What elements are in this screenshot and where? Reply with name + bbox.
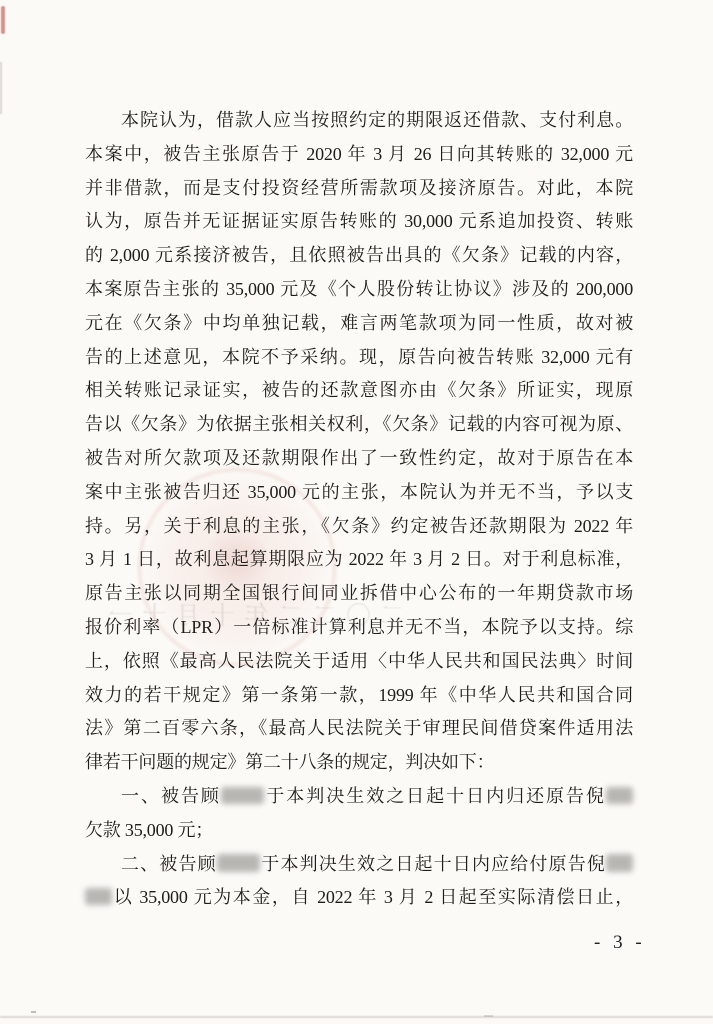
text-line: 元在《欠条》中均单独记载，难言两笔款项为同一性质，故对被 (85, 307, 633, 341)
text-line: 持。另，关于利息的主张，《欠条》约定被告还款期限为 2022 年 (85, 510, 633, 544)
redacted-name-patch (606, 854, 633, 871)
scan-speck (31, 1011, 36, 1013)
paragraph: 本院认为，借款人应当按照约定的期限返还借款、支付利息。本案中，被告主张原告于 2… (85, 104, 633, 780)
paragraph: 一、被告顾于本判决生效之日起十日内归还原告倪欠款 35,000 元； (85, 780, 633, 848)
redacted-name-patch (606, 787, 633, 804)
text-line: 效力的若干规定》第一条第一款，1999 年《中华人民共和国合同 (85, 679, 633, 713)
scan-mark-top-left (1, 6, 5, 34)
text-line: 法》第二百零六条，《最高人民法院关于审理民间借贷案件适用法 (85, 712, 633, 746)
redacted-name-patch (217, 854, 260, 871)
paragraph: 二、被告顾于本判决生效之日起十日内应给付原告倪以 35,000 元为本金，自 2… (85, 848, 633, 916)
text-line: 相关转账记录证实，被告的还款意图亦由《欠条》所证实，现原 (85, 374, 633, 408)
text-line: 本案中，被告主张原告于 2020 年 3 月 26 日向其转账的 32,000 … (85, 138, 633, 172)
scan-edge-left (0, 62, 2, 114)
text-line: 案中主张被告归还 35,000 元的主张，本院认为并无不当，予以支 (85, 476, 633, 510)
text-line: 以 35,000 元为本金，自 2022 年 3 月 2 日起至实际清偿日止， (85, 881, 633, 915)
judgment-text-block: 本院认为，借款人应当按照约定的期限返还借款、支付利息。本案中，被告主张原告于 2… (85, 104, 633, 915)
text-line: 欠款 35,000 元； (85, 814, 633, 848)
text-line: 律若干问题的规定》第二十八条的规定，判决如下： (85, 746, 633, 780)
scan-edge-bottom (0, 1016, 713, 1018)
redacted-name-patch (85, 888, 112, 905)
text-line: 认为，原告并无证据证实原告转账的 30,000 元系追加投资、转账 (85, 205, 633, 239)
text-line: 二、被告顾于本判决生效之日起十日内应给付原告倪 (85, 848, 633, 882)
text-line: 告的上述意见，本院不予采纳。现，原告向被告转账 32,000 元有 (85, 341, 633, 375)
text-line: 被告对所欠款项及还款期限作出了一致性约定，故对于原告在本 (85, 442, 633, 476)
text-line: 3 月 1 日，故利息起算期限应为 2022 年 3 月 2 日。对于利息标准， (85, 543, 633, 577)
scanned-judgment-page: 二〇二二年十月十一 本院认为，借款人应当按照约定的期限返还借款、支付利息。本案中… (0, 0, 713, 1024)
text-line: 的 2,000 元系接济被告，且依照被告出具的《欠条》记载的内容， (85, 239, 633, 273)
text-line: 本院认为，借款人应当按照约定的期限返还借款、支付利息。 (85, 104, 633, 138)
text-line: 本案原告主张的 35,000 元及《个人股份转让协议》涉及的 200,000 (85, 273, 633, 307)
text-line: 报价利率（LPR）一倍标准计算利息并无不当，本院予以支持。综 (85, 611, 633, 645)
redacted-name-patch (221, 787, 264, 804)
text-line: 并非借款，而是支付投资经营所需款项及接济原告。对此，本院 (85, 172, 633, 206)
page-number: - 3 - (594, 932, 646, 954)
text-line: 告以《欠条》为依据主张相关权利，《欠条》记载的内容可视为原、 (85, 408, 633, 442)
scan-speck (484, 1015, 493, 1017)
text-line: 上，依照《最高人民法院关于适用〈中华人民共和国民法典〉时间 (85, 645, 633, 679)
text-line: 原告主张以同期全国银行间同业拆借中心公布的一年期贷款市场 (85, 577, 633, 611)
text-line: 一、被告顾于本判决生效之日起十日内归还原告倪 (85, 780, 633, 814)
